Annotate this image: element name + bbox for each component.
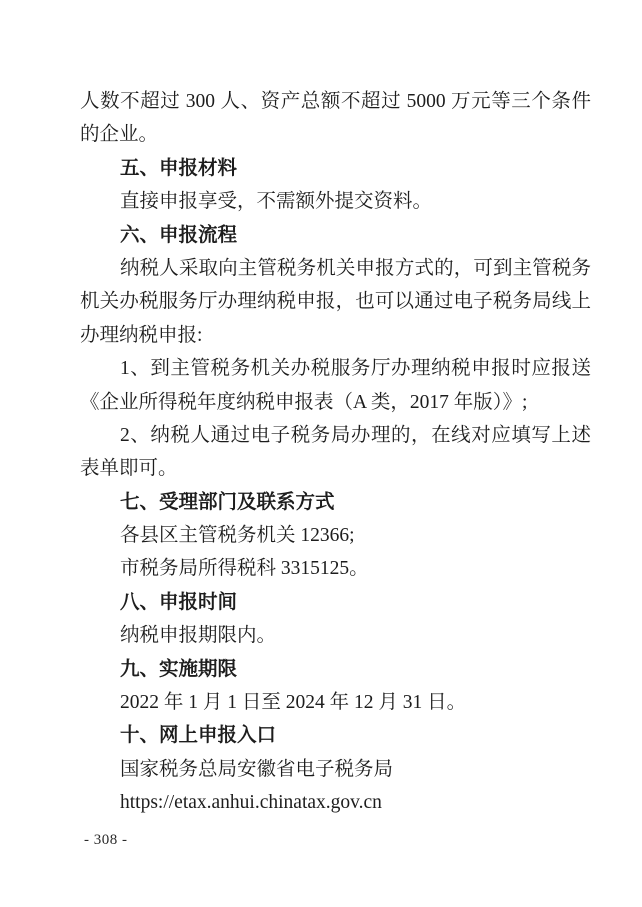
section-heading: 九、实施期限 bbox=[80, 653, 591, 686]
text-line: 机关办税服务厅办理纳税申报，也可以通过电子税务局线上 bbox=[80, 285, 591, 318]
text-line: 人数不超过 300 人、资产总额不超过 5000 万元等三个条件 bbox=[80, 85, 591, 118]
page-number: - 308 - bbox=[84, 830, 128, 850]
section-heading: 十、网上申报入口 bbox=[80, 719, 591, 752]
section-heading: 八、申报时间 bbox=[80, 586, 591, 619]
text-line: 2、纳税人通过电子税务局办理的，在线对应填写上述 bbox=[80, 419, 591, 452]
text-line: 纳税人采取向主管税务机关申报方式的，可到主管税务 bbox=[80, 252, 591, 285]
text-line: 《企业所得税年度纳税申报表（A 类，2017 年版）》; bbox=[80, 386, 591, 419]
text-line: 表单即可。 bbox=[80, 452, 591, 485]
text-line: 各县区主管税务机关 12366; bbox=[80, 519, 591, 552]
text-line: 市税务局所得税科 3315125。 bbox=[80, 552, 591, 585]
text-line: 2022 年 1 月 1 日至 2024 年 12 月 31 日。 bbox=[80, 686, 591, 719]
text-line: 纳税申报期限内。 bbox=[80, 619, 591, 652]
text-line: 国家税务总局安徽省电子税务局 bbox=[80, 753, 591, 786]
section-heading: 七、受理部门及联系方式 bbox=[80, 486, 591, 519]
url-text: https://etax.anhui.chinatax.gov.cn bbox=[80, 786, 591, 819]
section-heading: 五、申报材料 bbox=[80, 152, 591, 185]
section-heading: 六、申报流程 bbox=[80, 219, 591, 252]
text-line: 直接申报享受，不需额外提交资料。 bbox=[80, 185, 591, 218]
document-page: 人数不超过 300 人、资产总额不超过 5000 万元等三个条件的企业。五、申报… bbox=[0, 0, 642, 907]
text-line: 办理纳税申报: bbox=[80, 319, 591, 352]
text-line: 1、到主管税务机关办税服务厅办理纳税申报时应报送 bbox=[80, 352, 591, 385]
page-body: 人数不超过 300 人、资产总额不超过 5000 万元等三个条件的企业。五、申报… bbox=[80, 85, 591, 820]
text-line: 的企业。 bbox=[80, 118, 591, 151]
